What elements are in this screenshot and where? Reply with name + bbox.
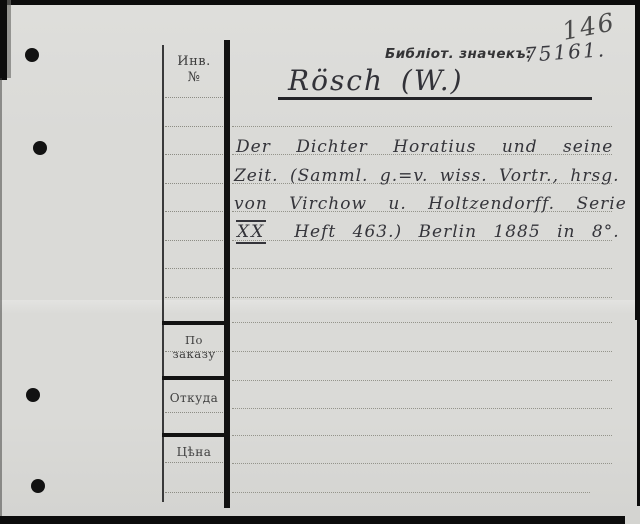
ruled-line [232, 126, 612, 127]
ruled-line [165, 492, 223, 493]
catalog-card-scan: Инв. № По заказу Откуда Цѣна Библіот. зн… [0, 0, 640, 524]
order-label: По заказу [163, 333, 225, 361]
inventory-label-line1: Инв. [163, 54, 225, 70]
scan-edge-bottom [0, 516, 625, 524]
catalog-entry-line: von Virchow u. Holtzendorff. Serie [234, 193, 627, 215]
section-divider-order [162, 321, 230, 325]
ruled-line [165, 211, 223, 212]
ruled-line [232, 380, 612, 381]
ruled-line [232, 408, 612, 409]
author-heading: Rösch (W.) [288, 64, 464, 97]
catalog-entry-line4-rest: Heft 463.) Berlin 1885 in 8°. [294, 222, 619, 242]
library-stamp-label: Библіот. значекъ: [385, 46, 532, 62]
ruled-line [232, 268, 612, 269]
section-divider-price [162, 433, 230, 437]
ruled-line [232, 351, 612, 352]
hole-punch-dot [26, 388, 40, 402]
ruled-line [165, 126, 223, 127]
price-label: Цѣна [163, 445, 225, 459]
scan-edge-left-fold [7, 0, 11, 78]
paper-shade-mid [0, 300, 640, 314]
catalog-entry-line: Der Dichter Horatius und seine [236, 136, 613, 158]
section-divider-origin [162, 376, 230, 380]
ruled-line [165, 240, 223, 241]
page-corner-number: 146 [560, 7, 618, 46]
scan-edge-left [0, 0, 7, 80]
ruled-line [232, 297, 612, 298]
author-heading-underline [278, 97, 592, 100]
column-divider-line [224, 40, 230, 508]
catalog-entry-line: Zeit. (Samml. g.=v. wiss. Vortr., hrsg. [234, 165, 619, 187]
ruled-line [165, 183, 223, 184]
ruled-line [232, 322, 612, 323]
scan-edge-right [635, 0, 640, 320]
ruled-line [165, 297, 223, 298]
ruled-line [165, 97, 223, 98]
ruled-line [232, 463, 612, 464]
scan-edge-left-thin [0, 78, 2, 518]
ruled-line [165, 412, 223, 413]
origin-label: Откуда [163, 391, 225, 405]
scan-edge-top [0, 0, 640, 5]
catalog-entry-line: XXHeft 463.) Berlin 1885 in 8°. [236, 221, 620, 243]
ruled-line [165, 154, 223, 155]
hole-punch-dot [31, 479, 45, 493]
ruled-line [232, 435, 612, 436]
inventory-label-line2: № [163, 70, 225, 86]
inventory-number-label: Инв. № [163, 54, 225, 86]
serie-number: XX [236, 220, 266, 244]
hole-punch-dot [25, 48, 39, 62]
ruled-line [232, 492, 590, 493]
hole-punch-dot [33, 141, 47, 155]
ruled-line [165, 462, 223, 463]
ruled-line [165, 268, 223, 269]
